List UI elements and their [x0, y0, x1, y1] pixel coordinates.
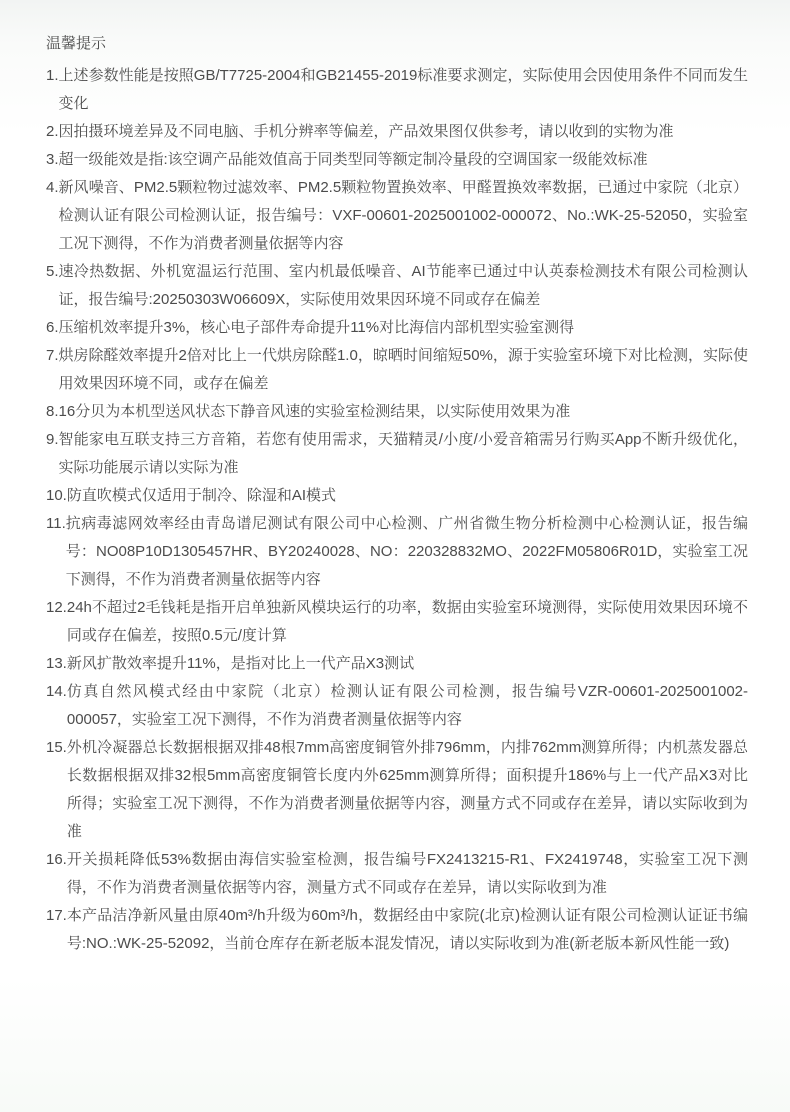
tip-number: 12.	[46, 594, 67, 650]
tip-text: 因拍摄环境差异及不同电脑、手机分辨率等偏差，产品效果图仅供参考，请以收到的实物为…	[59, 118, 748, 146]
tip-text: 仿真自然风模式经由中家院（北京）检测认证有限公司检测，报告编号VZR-00601…	[67, 678, 748, 734]
tip-item: 17. 本产品洁净新风量由原40m³/h升级为60m³/h，数据经由中家院(北京…	[46, 902, 748, 958]
warm-tips-page: 温馨提示 1. 上述参数性能是按照GB/T7725-2004和GB21455-2…	[0, 0, 790, 958]
tip-number: 13.	[46, 650, 67, 678]
tip-number: 4.	[46, 174, 59, 258]
tip-text: 16分贝为本机型送风状态下静音风速的实验室检测结果，以实际使用效果为准	[59, 398, 748, 426]
tip-text: 速冷热数据、外机宽温运行范围、室内机最低噪音、AI节能率已通过中认英泰检测技术有…	[59, 258, 748, 314]
tip-number: 5.	[46, 258, 59, 314]
tip-item: 13. 新风扩散效率提升11%，是指对比上一代产品X3测试	[46, 650, 748, 678]
tip-number: 9.	[46, 426, 59, 482]
tip-item: 10. 防直吹模式仅适用于制冷、除湿和AI模式	[46, 482, 748, 510]
tip-text: 上述参数性能是按照GB/T7725-2004和GB21455-2019标准要求测…	[59, 62, 748, 118]
tip-item: 2. 因拍摄环境差异及不同电脑、手机分辨率等偏差，产品效果图仅供参考，请以收到的…	[46, 118, 748, 146]
tip-text: 本产品洁净新风量由原40m³/h升级为60m³/h，数据经由中家院(北京)检测认…	[67, 902, 748, 958]
tip-item: 16. 开关损耗降低53%数据由海信实验室检测，报告编号FX2413215-R1…	[46, 846, 748, 902]
tip-text: 新风噪音、PM2.5颗粒物过滤效率、PM2.5颗粒物置换效率、甲醛置换效率数据，…	[59, 174, 748, 258]
tip-number: 1.	[46, 62, 59, 118]
tip-number: 3.	[46, 146, 59, 174]
tip-item: 14. 仿真自然风模式经由中家院（北京）检测认证有限公司检测，报告编号VZR-0…	[46, 678, 748, 734]
tip-item: 11. 抗病毒滤网效率经由青岛谱尼测试有限公司中心检测、广州省微生物分析检测中心…	[46, 510, 748, 594]
tip-number: 6.	[46, 314, 59, 342]
tip-text: 抗病毒滤网效率经由青岛谱尼测试有限公司中心检测、广州省微生物分析检测中心检测认证…	[66, 510, 748, 594]
tip-number: 10.	[46, 482, 67, 510]
tip-text: 压缩机效率提升3%，核心电子部件寿命提升11%对比海信内部机型实验室测得	[59, 314, 748, 342]
tip-number: 14.	[46, 678, 67, 734]
tips-list: 1. 上述参数性能是按照GB/T7725-2004和GB21455-2019标准…	[46, 62, 748, 958]
tip-number: 17.	[46, 902, 67, 958]
tip-text: 外机冷凝器总长数据根据双排48根7mm高密度铜管外排796mm，内排762mm测…	[67, 734, 748, 846]
tip-item: 4. 新风噪音、PM2.5颗粒物过滤效率、PM2.5颗粒物置换效率、甲醛置换效率…	[46, 174, 748, 258]
tip-item: 5. 速冷热数据、外机宽温运行范围、室内机最低噪音、AI节能率已通过中认英泰检测…	[46, 258, 748, 314]
page-title: 温馨提示	[46, 30, 748, 58]
tip-number: 16.	[46, 846, 67, 902]
tip-item: 15. 外机冷凝器总长数据根据双排48根7mm高密度铜管外排796mm，内排76…	[46, 734, 748, 846]
tip-item: 8. 16分贝为本机型送风状态下静音风速的实验室检测结果，以实际使用效果为准	[46, 398, 748, 426]
tip-item: 3. 超一级能效是指:该空调产品能效值高于同类型同等额定制冷量段的空调国家一级能…	[46, 146, 748, 174]
tip-text: 防直吹模式仅适用于制冷、除湿和AI模式	[67, 482, 748, 510]
tip-item: 12. 24h不超过2毛钱耗是指开启单独新风模块运行的功率，数据由实验室环境测得…	[46, 594, 748, 650]
tip-text: 开关损耗降低53%数据由海信实验室检测，报告编号FX2413215-R1、FX2…	[67, 846, 748, 902]
tip-text: 烘房除醛效率提升2倍对比上一代烘房除醛1.0，晾晒时间缩短50%，源于实验室环境…	[59, 342, 748, 398]
tip-number: 15.	[46, 734, 67, 846]
tip-text: 新风扩散效率提升11%，是指对比上一代产品X3测试	[67, 650, 748, 678]
tip-text: 24h不超过2毛钱耗是指开启单独新风模块运行的功率，数据由实验室环境测得，实际使…	[67, 594, 748, 650]
tip-number: 8.	[46, 398, 59, 426]
tip-item: 9. 智能家电互联支持三方音箱，若您有使用需求，天猫精灵/小度/小爱音箱需另行购…	[46, 426, 748, 482]
tip-item: 1. 上述参数性能是按照GB/T7725-2004和GB21455-2019标准…	[46, 62, 748, 118]
tip-number: 11.	[46, 510, 66, 594]
tip-item: 7. 烘房除醛效率提升2倍对比上一代烘房除醛1.0，晾晒时间缩短50%，源于实验…	[46, 342, 748, 398]
tip-number: 2.	[46, 118, 59, 146]
tip-item: 6. 压缩机效率提升3%，核心电子部件寿命提升11%对比海信内部机型实验室测得	[46, 314, 748, 342]
tip-text: 智能家电互联支持三方音箱，若您有使用需求，天猫精灵/小度/小爱音箱需另行购买Ap…	[59, 426, 748, 482]
tip-number: 7.	[46, 342, 59, 398]
tip-text: 超一级能效是指:该空调产品能效值高于同类型同等额定制冷量段的空调国家一级能效标准	[59, 146, 748, 174]
